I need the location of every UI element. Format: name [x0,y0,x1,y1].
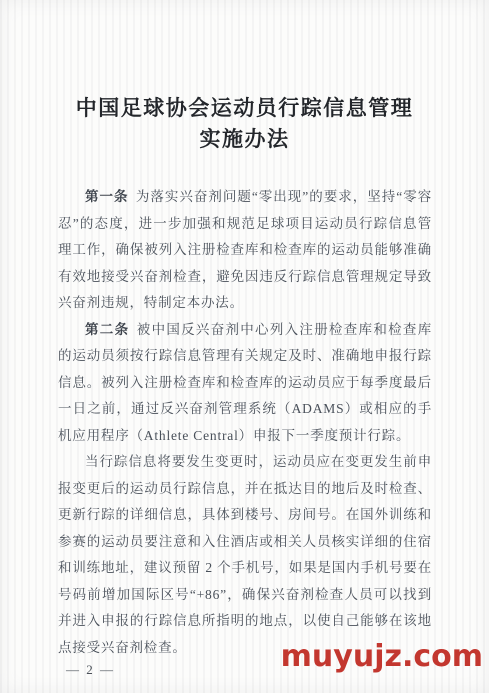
article-2-number: 第二条 [85,322,129,337]
document-title: 中国足球协会运动员行踪信息管理实施办法 [0,0,489,155]
article-1-number: 第一条 [85,189,128,204]
article-2-text: 被中国反兴奋剂中心列入注册检查库和检查库的运动员须按行踪信息管理有关规定及时、准… [58,322,432,443]
article-1-text: 为落实兴奋剂问题“零出现”的要求，坚持“零容忍”的态度，进一步加强和规范足球项目… [58,189,432,310]
paragraph-article-2: 第二条被中国反兴奋剂中心列入注册检查库和检查库的运动员须按行踪信息管理有关规定及… [58,317,432,450]
paragraph-article-1: 第一条为落实兴奋剂问题“零出现”的要求，坚持“零容忍”的态度，进一步加强和规范足… [58,184,432,317]
paragraph-3-text: 当行踪信息将要发生变更时，运动员应在变更发生前申报变更后的运动员行踪信息，并在抵… [58,454,432,655]
document-body: 第一条为落实兴奋剂问题“零出现”的要求，坚持“零容忍”的态度，进一步加强和规范足… [58,184,432,661]
watermark: muyujz.com [281,640,483,674]
document-title-line-2: 实施办法 [0,124,489,155]
paragraph-whereabouts-update: 当行踪信息将要发生变更时，运动员应在变更发生前申报变更后的运动员行踪信息，并在抵… [58,449,432,661]
page-number: — 2 — [66,662,115,678]
scanned-document-page: 中国足球协会运动员行踪信息管理实施办法 第一条为落实兴奋剂问题“零出现”的要求，… [0,0,489,693]
document-title-line-1: 中国足球协会运动员行踪信息管理 [0,93,489,124]
